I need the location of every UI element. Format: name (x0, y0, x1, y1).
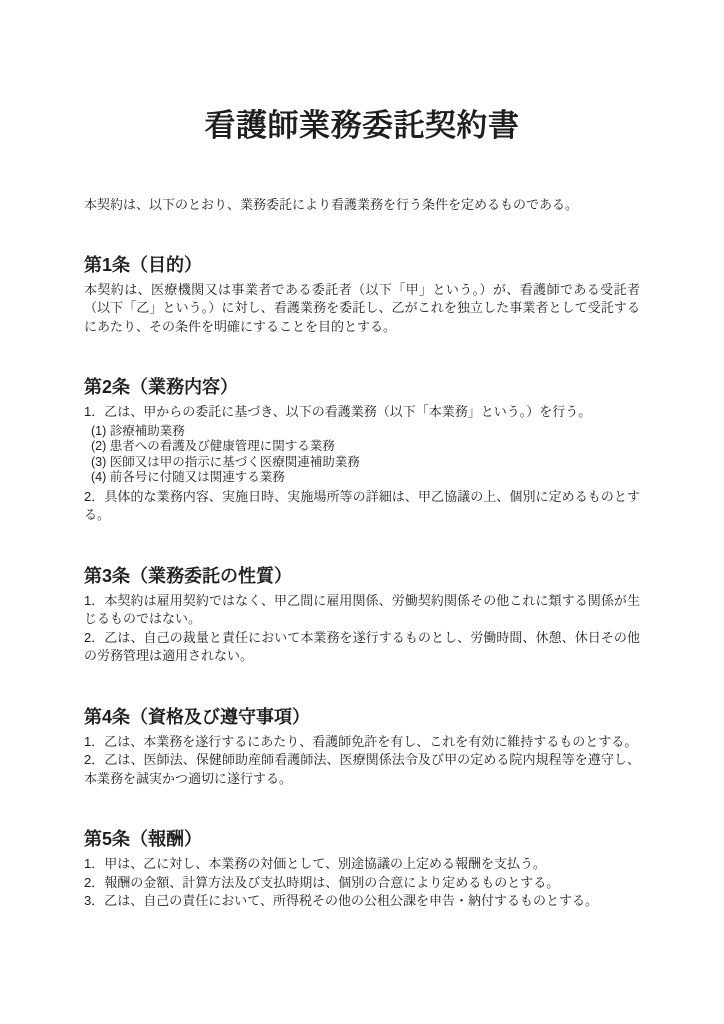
article-2-subitem-2: (2) 患者への看護及び健康管理に関する業務 (91, 439, 640, 455)
article-3-clause-2: 2．乙は、自己の裁量と責任において本業務を遂行するものとし、労働時間、休憩、休日… (84, 629, 640, 666)
article-4-heading: 第4条（資格及び遵守事項） (84, 706, 640, 729)
document-title: 看護師業務委託契約書 (84, 108, 640, 144)
article-2-subitem-1: (1) 診療補助業務 (91, 424, 640, 440)
article-1-clause-1: 本契約は、医療機関又は事業者である委託者（以下「甲」という。）が、看護師である受… (84, 281, 640, 337)
article-2-clause-1: 1．乙は、甲からの委託に基づき、以下の看護業務（以下「本業務」という。）を行う。 (84, 403, 640, 422)
article-1-heading: 第1条（目的） (84, 254, 640, 277)
document-intro: 本契約は、以下のとおり、業務委託により看護業務を行う条件を定めるものである。 (84, 196, 640, 214)
article-4-clause-2: 2．乙は、医師法、保健師助産師看護師法、医療関係法令及び甲の定める院内規程等を遵… (84, 751, 640, 788)
article-4: 第4条（資格及び遵守事項） 1．乙は、本業務を遂行するにあたり、看護師免許を有し… (84, 706, 640, 789)
article-3-heading: 第3条（業務委託の性質） (84, 565, 640, 588)
article-2-clause-2: 2．具体的な業務内容、実施日時、実施場所等の詳細は、甲乙協議の上、個別に定めるも… (84, 488, 640, 525)
article-1: 第1条（目的） 本契約は、医療機関又は事業者である委託者（以下「甲」という。）が… (84, 254, 640, 337)
article-4-clause-1: 1．乙は、本業務を遂行するにあたり、看護師免許を有し、これを有効に維持するものと… (84, 733, 640, 752)
article-2-sublist: (1) 診療補助業務 (2) 患者への看護及び健康管理に関する業務 (3) 医師… (84, 424, 640, 486)
article-3-clause-1: 1．本契約は雇用契約ではなく、甲乙間に雇用関係、労働契約関係その他これに類する関… (84, 592, 640, 629)
article-2: 第2条（業務内容） 1．乙は、甲からの委託に基づき、以下の看護業務（以下「本業務… (84, 376, 640, 525)
article-5-heading: 第5条（報酬） (84, 828, 640, 851)
article-2-subitem-3: (3) 医師又は甲の指示に基づく医療関連補助業務 (91, 455, 640, 471)
article-5-clause-2: 2．報酬の金額、計算方法及び支払時期は、個別の合意により定めるものとする。 (84, 874, 640, 893)
article-5: 第5条（報酬） 1．甲は、乙に対し、本業務の対価として、別途協議の上定める報酬を… (84, 828, 640, 911)
article-3: 第3条（業務委託の性質） 1．本契約は雇用契約ではなく、甲乙間に雇用関係、労働契… (84, 565, 640, 666)
article-2-heading: 第2条（業務内容） (84, 376, 640, 399)
article-5-clause-1: 1．甲は、乙に対し、本業務の対価として、別途協議の上定める報酬を支払う。 (84, 855, 640, 874)
contract-document-page: 看護師業務委託契約書 本契約は、以下のとおり、業務委託により看護業務を行う条件を… (0, 0, 724, 1024)
article-2-subitem-4: (4) 前各号に付随又は関連する業務 (91, 470, 640, 486)
article-5-clause-3: 3．乙は、自己の責任において、所得税その他の公租公課を申告・納付するものとする。 (84, 892, 640, 911)
